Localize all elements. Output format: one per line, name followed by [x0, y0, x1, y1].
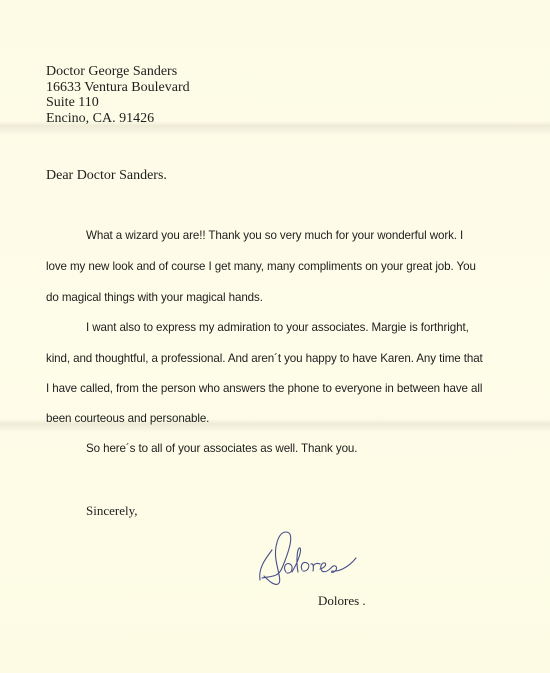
address-line: Doctor George Sanders [46, 64, 190, 80]
recipient-address: Doctor George Sanders 16633 Ventura Boul… [46, 64, 190, 126]
body-line: What a wizard you are!! Thank you so ver… [86, 229, 463, 242]
address-line: Suite 110 [46, 95, 190, 111]
body-line: I want also to express my admiration to … [86, 321, 469, 334]
body-line: kind, and thoughtful, a professional. An… [46, 352, 483, 365]
closing: Sincerely, [86, 503, 138, 519]
address-line: 16633 Ventura Boulevard [46, 80, 190, 96]
address-line: Encino, CA. 91426 [46, 111, 190, 127]
signer-name: Dolores . [318, 593, 366, 609]
signature-icon [256, 528, 376, 588]
letter-page: Doctor George Sanders 16633 Ventura Boul… [0, 0, 550, 673]
body-line: been courteous and personable. [46, 412, 209, 425]
body-line: I have called, from the person who answe… [46, 382, 482, 395]
salutation: Dear Doctor Sanders. [46, 168, 167, 184]
body-line: love my new look and of course I get man… [46, 260, 476, 273]
body-line: So here´s to all of your associates as w… [86, 442, 357, 455]
body-line: do magical things with your magical hand… [46, 291, 263, 304]
